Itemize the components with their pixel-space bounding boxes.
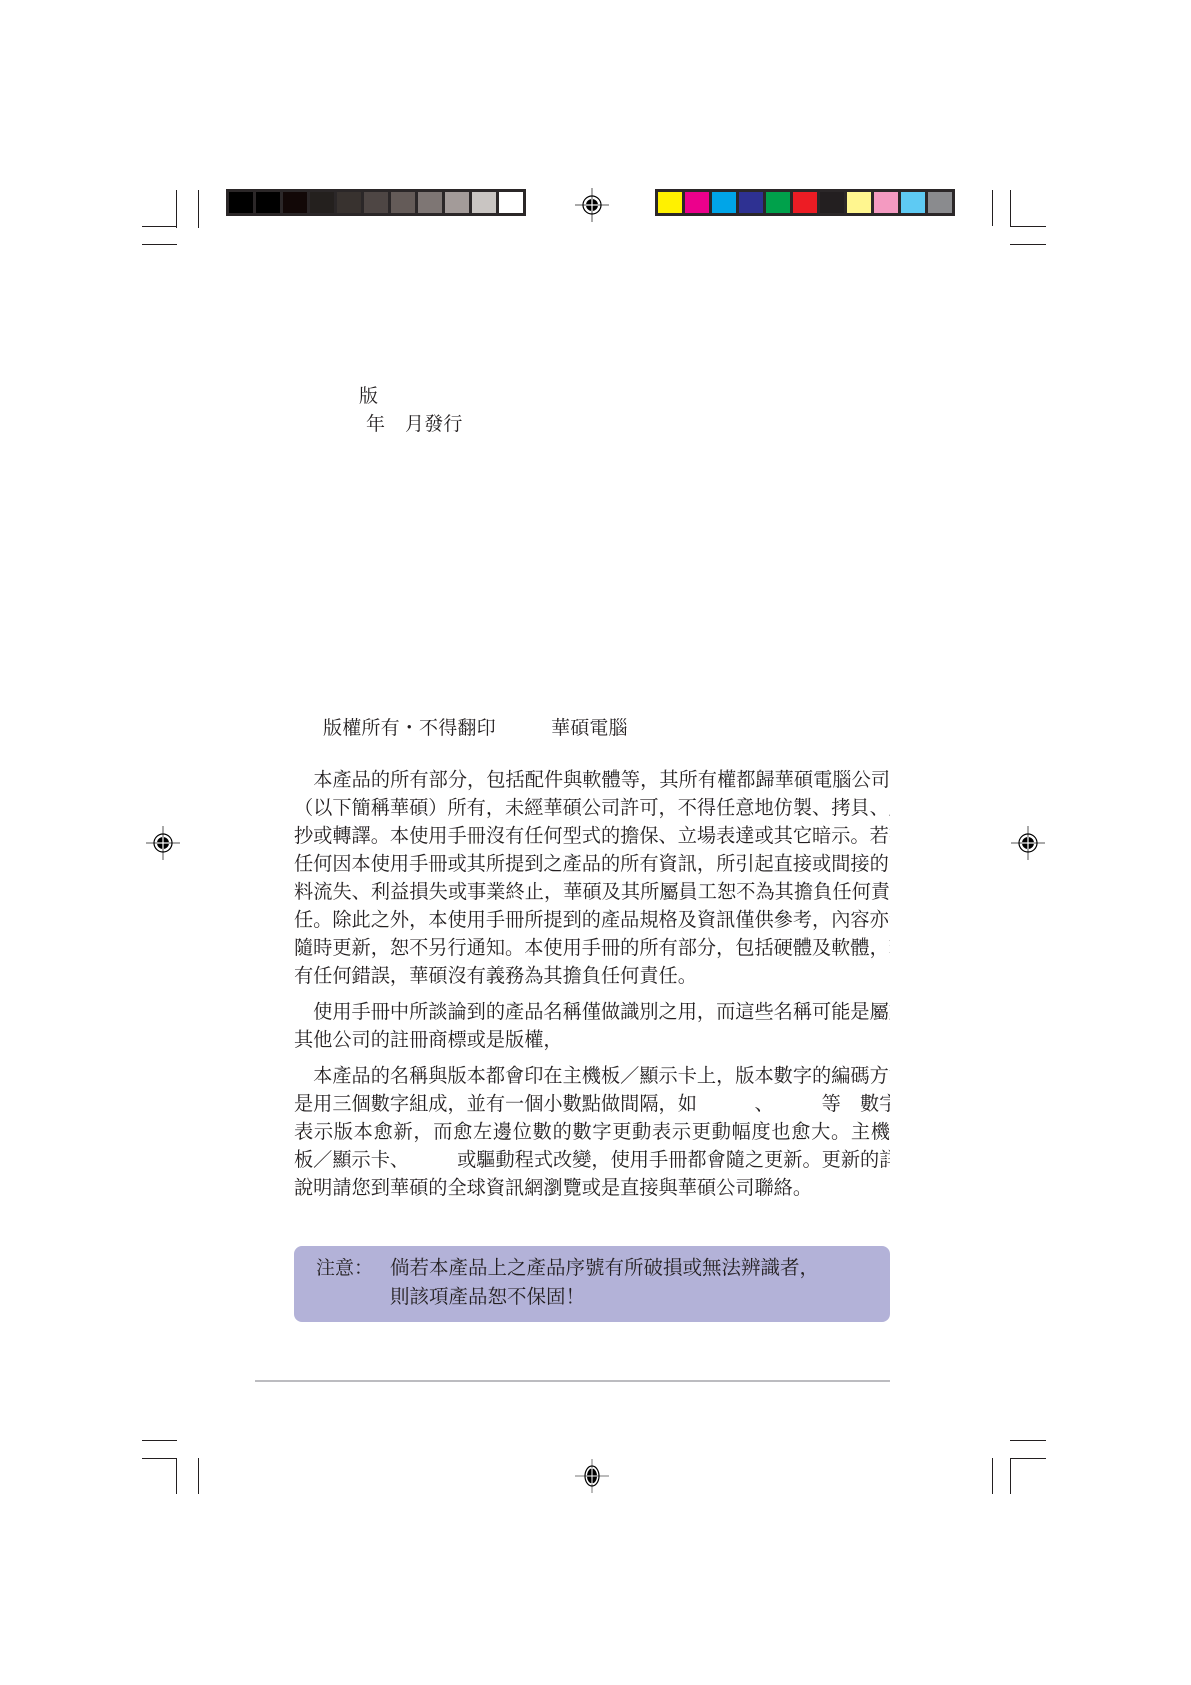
note-line: 倘若本產品上之產品序號有所破損或無法辨識者， xyxy=(390,1254,819,1282)
copyright-company: 華碩電腦 xyxy=(551,714,628,742)
crop-mark-top-left-inner xyxy=(198,190,199,228)
paragraph-line: 有任何錯誤，華碩沒有義務為其擔負任何責任。 xyxy=(294,962,890,990)
color-calibration-bar xyxy=(655,189,955,216)
paragraph-line: 板／顯示卡、 或驅動程式改變，使用手冊都會隨之更新。更新的詳細 xyxy=(294,1146,890,1174)
crosshair-target-icon xyxy=(146,826,180,860)
color-swatch xyxy=(901,192,925,213)
gray-swatch xyxy=(472,192,496,213)
color-swatch xyxy=(658,192,682,213)
crop-mark-bottom-left-outer xyxy=(176,1458,177,1494)
color-swatch xyxy=(928,192,952,213)
gray-swatch xyxy=(256,192,280,213)
color-swatch xyxy=(793,192,817,213)
version-paragraph: 本產品的名稱與版本都會印在主機板／顯示卡上，版本數字的編碼方式 是用三個數字組成… xyxy=(294,1062,890,1202)
copyright-label: 版權所有・不得翻印 xyxy=(323,714,496,742)
paragraph-line: 抄或轉譯。本使用手冊沒有任何型式的擔保、立場表達或其它暗示。若有 xyxy=(294,822,890,850)
paragraph-line: 其他公司的註冊商標或是版權， xyxy=(294,1026,890,1054)
crop-mark-bottom-right-inner xyxy=(992,1458,993,1494)
crop-mark-top-right-h xyxy=(1010,226,1046,227)
crop-mark-bottom-right-outer xyxy=(1010,1458,1011,1494)
crop-mark-bottom-left-h2 xyxy=(142,1458,177,1459)
crop-mark-bottom-left-inner xyxy=(198,1458,199,1494)
edition-month: 月發行 xyxy=(405,410,463,438)
color-swatch xyxy=(766,192,790,213)
crosshair-target-icon xyxy=(575,1459,609,1493)
paragraph-line: 任何因本使用手冊或其所提到之產品的所有資訊，所引起直接或間接的資 xyxy=(294,850,890,878)
gray-swatch xyxy=(337,192,361,213)
crop-mark-top-right-inner xyxy=(992,190,993,226)
note-line: 則該項產品恕不保固！ xyxy=(390,1283,585,1311)
crop-mark-top-right-outer xyxy=(1010,190,1011,226)
gray-swatch xyxy=(445,192,469,213)
edition-version: 版 xyxy=(359,382,378,410)
gray-swatch xyxy=(364,192,388,213)
disclaimer-paragraph: 本產品的所有部分，包括配件與軟體等，其所有權都歸華碩電腦公司 （以下簡稱華碩）所… xyxy=(294,766,890,990)
grayscale-calibration-bar xyxy=(226,189,526,216)
gray-swatch xyxy=(310,192,334,213)
paragraph-line: 使用手冊中所談論到的產品名稱僅做識別之用，而這些名稱可能是屬於 xyxy=(294,998,890,1026)
warranty-note-box: 注意： 倘若本產品上之產品序號有所破損或無法辨識者， 則該項產品恕不保固！ xyxy=(294,1246,890,1322)
color-swatch xyxy=(874,192,898,213)
crop-mark-top-left-outer xyxy=(176,190,177,228)
crop-mark-top-left-h2 xyxy=(142,244,177,245)
edition-year: 年 xyxy=(366,410,385,438)
paragraph-line: （以下簡稱華碩）所有，未經華碩公司許可，不得任意地仿製、拷貝、謄 xyxy=(294,794,890,822)
crop-mark-bottom-right-h xyxy=(1010,1440,1046,1441)
color-swatch xyxy=(685,192,709,213)
paragraph-line: 本產品的所有部分，包括配件與軟體等，其所有權都歸華碩電腦公司 xyxy=(294,766,890,794)
color-swatch xyxy=(847,192,871,213)
paragraph-line: 料流失、利益損失或事業終止，華碩及其所屬員工恕不為其擔負任何責 xyxy=(294,878,890,906)
color-swatch xyxy=(739,192,763,213)
paragraph-line: 任。除此之外，本使用手冊所提到的產品規格及資訊僅供參考，內容亦會 xyxy=(294,906,890,934)
paragraph-line: 是用三個數字組成，並有一個小數點做間隔，如 、 等 數字愈大 xyxy=(294,1090,890,1118)
paragraph-line: 說明請您到華碩的全球資訊網瀏覽或是直接與華碩公司聯絡。 xyxy=(294,1174,890,1202)
crop-mark-top-right-h2 xyxy=(1010,244,1046,245)
paragraph-line: 表示版本愈新，而愈左邊位數的數字更動表示更動幅度也愈大。主機 xyxy=(294,1118,890,1146)
paragraph-line: 本產品的名稱與版本都會印在主機板／顯示卡上，版本數字的編碼方式 xyxy=(294,1062,890,1090)
gray-swatch xyxy=(418,192,442,213)
crosshair-target-icon xyxy=(1011,826,1045,860)
trademark-paragraph: 使用手冊中所談論到的產品名稱僅做識別之用，而這些名稱可能是屬於 其他公司的註冊商… xyxy=(294,998,890,1054)
gray-swatch xyxy=(499,192,523,213)
footer-divider xyxy=(255,1380,890,1382)
color-swatch xyxy=(712,192,736,213)
crop-mark-bottom-left-h xyxy=(142,1440,177,1441)
crosshair-target-icon xyxy=(575,188,609,222)
gray-swatch xyxy=(283,192,307,213)
gray-swatch xyxy=(391,192,415,213)
note-label: 注意： xyxy=(316,1254,373,1282)
color-swatch xyxy=(820,192,844,213)
crop-mark-top-left-h xyxy=(142,226,177,227)
crop-mark-bottom-right-h2 xyxy=(1010,1458,1046,1459)
gray-swatch xyxy=(229,192,253,213)
paragraph-line: 隨時更新，恕不另行通知。本使用手冊的所有部分，包括硬體及軟體，若 xyxy=(294,934,890,962)
